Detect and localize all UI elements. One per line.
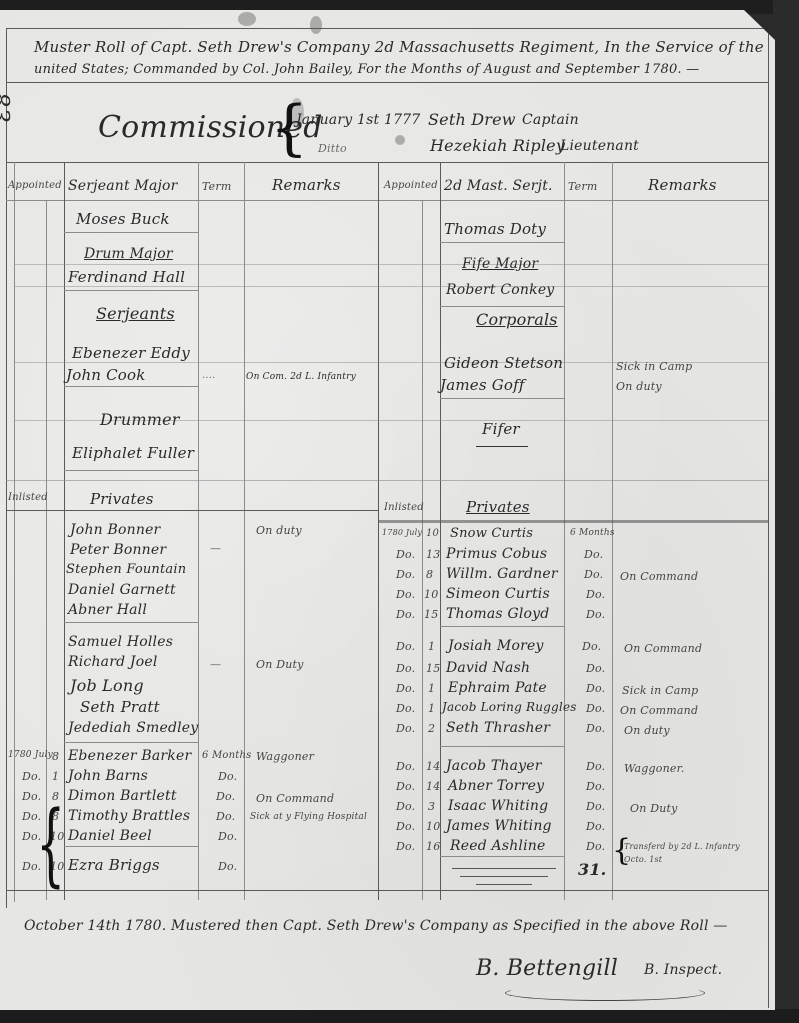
- brace-icon: {: [36, 800, 65, 890]
- private-name: Josiah Morey: [448, 638, 544, 654]
- box-line: [64, 386, 198, 387]
- inspector-title: B. Inspect.: [644, 962, 722, 978]
- private-name: Daniel Beel: [68, 828, 152, 844]
- left-privates-inlisted: Inlisted: [8, 492, 48, 503]
- private-term: Do.: [586, 780, 605, 793]
- private-remarks: On Duty: [630, 802, 678, 815]
- left-header-term: Term: [202, 180, 231, 193]
- quartermaster-serjeant-name: Thomas Doty: [444, 220, 546, 238]
- box-line: [440, 746, 564, 747]
- box-line: [64, 470, 198, 471]
- scan-border-bottom: [0, 1009, 799, 1023]
- private-name: David Nash: [446, 660, 530, 676]
- ink-stain: [238, 12, 256, 26]
- private-remarks: On duty: [624, 724, 670, 737]
- left-header-remarks: Remarks: [272, 176, 341, 194]
- commission-rank-1: Captain: [522, 112, 579, 128]
- private-appointed: Do.: [396, 568, 415, 581]
- private-num: 8: [52, 750, 59, 763]
- private-name: Jacob Thayer: [446, 758, 542, 774]
- private-name: Dimon Bartlett: [68, 788, 177, 804]
- serjeants-title: Serjeants: [96, 304, 175, 323]
- private-appointed: Do.: [396, 588, 415, 601]
- private-name: Ephraim Pate: [448, 680, 547, 696]
- private-remarks: On Command: [624, 642, 702, 655]
- corporal-name: James Goff: [440, 376, 525, 394]
- private-term: Do.: [218, 860, 237, 873]
- commission-date-1: January 1st 1777: [296, 112, 420, 128]
- private-term: Do.: [216, 810, 235, 823]
- col-left-remarks: [244, 162, 245, 900]
- right-privates-title: Privates: [466, 498, 530, 516]
- box-line: [440, 306, 564, 307]
- private-appointed: 1780 July: [8, 750, 53, 760]
- private-num: 1: [428, 682, 435, 695]
- signature-flourish-icon: [505, 985, 705, 1001]
- corporal-remarks: On duty: [616, 380, 662, 393]
- private-appointed: 1780 July: [382, 528, 422, 537]
- frame-left: [6, 28, 7, 908]
- scan-border-right: [773, 0, 799, 1023]
- commission-name-2: Hezekiah Ripley: [430, 136, 565, 155]
- private-num: 2: [428, 722, 435, 735]
- private-name: Abner Hall: [68, 602, 147, 618]
- private-term: Do.: [584, 548, 603, 561]
- privates-divider-left: [6, 510, 378, 511]
- header-line-1: Muster Roll of Capt. Seth Drew's Company…: [34, 38, 764, 56]
- private-num: 13: [426, 548, 440, 561]
- private-appointed: Do.: [396, 548, 415, 561]
- private-num: 1: [428, 702, 435, 715]
- fife-major-title: Fife Major: [462, 256, 538, 272]
- private-term: Do.: [586, 702, 605, 715]
- private-remarks: Sick in Camp: [622, 684, 698, 697]
- private-appointed: Do.: [22, 770, 41, 783]
- private-appointed: Do.: [396, 702, 415, 715]
- drum-major-title: Drum Major: [84, 246, 173, 262]
- col-center-divider: [378, 162, 379, 900]
- left-header-appointed: Appointed: [8, 180, 62, 191]
- private-name: Isaac Whiting: [448, 798, 548, 814]
- private-remarks: On Command: [256, 792, 334, 805]
- col-right-appointed-num: [422, 200, 423, 900]
- private-num: 3: [428, 800, 435, 813]
- ruling: [14, 286, 768, 287]
- inspector-signature: B. Bettengill: [476, 956, 618, 981]
- ink-stain: [395, 135, 405, 145]
- private-name: Primus Cobus: [446, 546, 547, 562]
- private-name: John Barns: [68, 768, 148, 784]
- private-name: Jacob Loring Ruggles: [442, 700, 577, 714]
- commission-name-1: Seth Drew: [428, 110, 516, 129]
- right-header-name: 2d Mast. Serjt.: [444, 178, 553, 194]
- serjeant-remarks: On Com. 2d L. Infantry: [246, 372, 356, 382]
- box-line: [440, 856, 564, 857]
- private-term: —: [210, 542, 221, 555]
- private-remarks: On duty: [256, 524, 302, 537]
- drummer-title: Drummer: [100, 410, 180, 429]
- private-name: Daniel Garnett: [68, 582, 176, 598]
- private-num: 1: [52, 770, 59, 783]
- private-num: 10: [424, 588, 438, 601]
- private-num: 10: [426, 820, 440, 833]
- private-name: Richard Joel: [68, 654, 158, 670]
- private-name: John Bonner: [70, 522, 160, 538]
- private-term: Do.: [586, 722, 605, 735]
- private-term: —: [210, 658, 221, 671]
- private-name: Job Long: [70, 676, 144, 695]
- private-appointed: Do.: [396, 760, 415, 773]
- private-name: Jedediah Smedley: [68, 720, 198, 736]
- serjeant-name: John Cook: [66, 366, 146, 384]
- private-name: Samuel Holles: [68, 634, 173, 650]
- private-name: Abner Torrey: [448, 778, 544, 794]
- private-remarks: On Command: [620, 704, 698, 717]
- margin-note: 83: [0, 92, 14, 123]
- fife-major-name: Robert Conkey: [446, 282, 554, 298]
- privates-divider-right: [378, 520, 768, 523]
- privates-total: 31.: [578, 860, 606, 879]
- private-remarks: Sick at y Flying Hospital: [250, 812, 367, 822]
- private-appointed: Do.: [396, 722, 415, 735]
- box-line: [64, 232, 198, 233]
- box-line: [64, 742, 198, 743]
- right-header-term: Term: [568, 180, 597, 193]
- private-name: James Whiting: [446, 818, 552, 834]
- frame-left-inner: [14, 162, 15, 902]
- corporal-remarks: Sick in Camp: [616, 360, 692, 373]
- private-appointed: Do.: [396, 820, 415, 833]
- private-remarks: Waggoner: [256, 750, 314, 763]
- private-term: Do.: [584, 568, 603, 581]
- serjeant-major-name: Moses Buck: [76, 210, 170, 228]
- private-name: Ebenezer Barker: [68, 748, 191, 764]
- col-left-name: [64, 162, 65, 900]
- col-right-term: [564, 162, 565, 900]
- private-term: 6 Months: [202, 750, 251, 761]
- private-remarks: On Duty: [256, 658, 304, 671]
- private-num: 16: [426, 840, 440, 853]
- private-remarks: Waggoner.: [624, 762, 685, 775]
- private-name: Ezra Briggs: [68, 856, 160, 874]
- box-line: [440, 626, 564, 627]
- private-term: Do.: [586, 840, 605, 853]
- commission-rank-2: Lieutenant: [560, 138, 639, 154]
- private-term: Do.: [586, 588, 605, 601]
- left-header-name: Serjeant Major: [68, 178, 178, 194]
- fifer-title: Fifer: [482, 420, 520, 438]
- private-term: Do.: [216, 790, 235, 803]
- corporal-name: Gideon Stetson: [444, 354, 563, 372]
- private-remarks: On Command: [620, 570, 698, 583]
- private-term: Do.: [218, 770, 237, 783]
- muster-statement: October 14th 1780. Mustered then Capt. S…: [24, 918, 728, 934]
- private-name: Seth Thrasher: [446, 720, 550, 736]
- drum-major-name: Ferdinand Hall: [68, 268, 185, 286]
- tally-line: [460, 876, 548, 877]
- private-term: Do.: [586, 760, 605, 773]
- private-name: Timothy Brattles: [68, 808, 190, 824]
- private-appointed: Do.: [396, 640, 415, 653]
- private-appointed: Do.: [396, 780, 415, 793]
- private-appointed: Do.: [396, 800, 415, 813]
- privates-top-rule: [6, 480, 768, 481]
- private-name: Simeon Curtis: [446, 586, 550, 602]
- private-remarks: Transferd by 2d L. Infantry Octo. 1st: [624, 840, 764, 866]
- private-num: 15: [424, 608, 438, 621]
- private-appointed: Do.: [396, 662, 415, 675]
- muster-roll-page: Muster Roll of Capt. Seth Drew's Company…: [0, 10, 775, 1010]
- box-line: [440, 242, 564, 243]
- private-name: Seth Pratt: [80, 698, 160, 716]
- column-header-divider: [6, 200, 768, 201]
- private-name: Willm. Gardner: [446, 566, 558, 582]
- box-line: [64, 290, 198, 291]
- frame-right: [768, 28, 769, 1008]
- private-term: Do.: [218, 830, 237, 843]
- drummer-name: Eliphalet Fuller: [72, 444, 194, 462]
- col-left-term: [198, 162, 199, 900]
- private-name: Snow Curtis: [450, 526, 533, 541]
- private-name: Stephen Fountain: [66, 562, 186, 577]
- private-num: 14: [426, 760, 440, 773]
- private-appointed: Do.: [396, 608, 415, 621]
- private-num: 14: [426, 780, 440, 793]
- right-header-appointed: Appointed: [384, 180, 438, 191]
- left-privates-title: Privates: [90, 490, 154, 508]
- private-name: Thomas Gloyd: [446, 606, 549, 622]
- commission-date-2: Ditto: [318, 142, 347, 155]
- tally-line: [476, 884, 532, 885]
- fifer-underline: [476, 446, 528, 447]
- brace-icon: {: [270, 98, 308, 158]
- private-name: Peter Bonner: [70, 542, 166, 558]
- private-term: Do.: [586, 662, 605, 675]
- box-line: [64, 846, 198, 847]
- private-term: Do.: [586, 682, 605, 695]
- private-num: 1: [428, 640, 435, 653]
- private-term: 6 Months: [570, 528, 615, 538]
- private-appointed: Do.: [396, 682, 415, 695]
- right-privates-inlisted: Inlisted: [384, 502, 424, 513]
- private-num: 10: [426, 528, 439, 539]
- ruling: [14, 264, 768, 265]
- box-line: [440, 398, 564, 399]
- private-term: Do.: [582, 640, 601, 653]
- serjeant-name: Ebenezer Eddy: [72, 344, 190, 362]
- header-divider: [6, 82, 768, 83]
- serjeant-term: ....: [202, 370, 216, 381]
- box-line: [64, 622, 198, 623]
- corporals-title: Corporals: [476, 310, 558, 329]
- private-term: Do.: [586, 820, 605, 833]
- frame-top: [6, 28, 768, 29]
- table-bottom: [6, 890, 768, 891]
- private-num: 8: [426, 568, 433, 581]
- commission-divider: [6, 162, 768, 163]
- private-name: Reed Ashline: [450, 838, 546, 854]
- header-line-2: united States; Commanded by Col. John Ba…: [34, 62, 699, 77]
- right-header-remarks: Remarks: [648, 176, 717, 194]
- private-term: Do.: [586, 800, 605, 813]
- private-appointed: Do.: [396, 840, 415, 853]
- private-num: 15: [426, 662, 440, 675]
- tally-line: [452, 868, 556, 869]
- private-term: Do.: [586, 608, 605, 621]
- ink-stain: [310, 16, 322, 34]
